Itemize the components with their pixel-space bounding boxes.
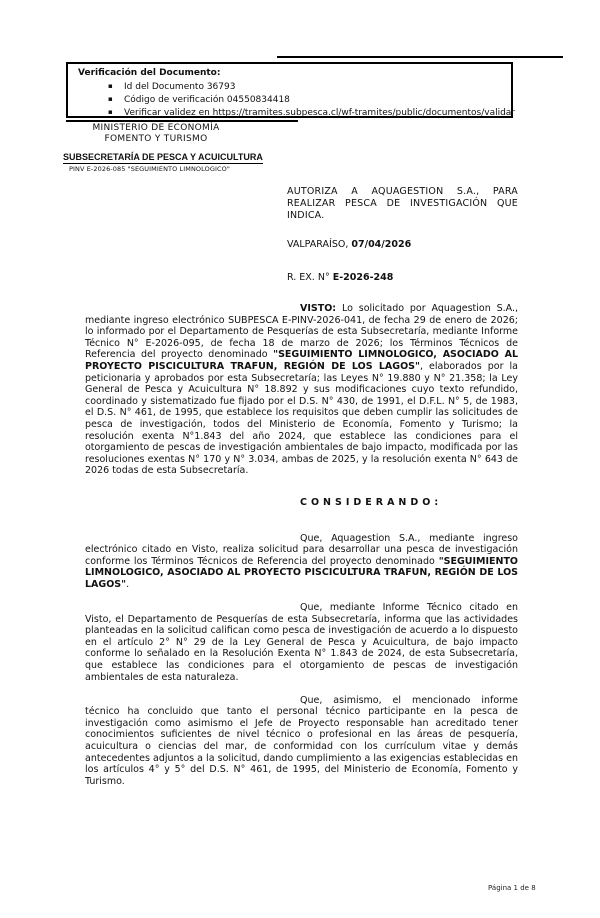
scan-border-artifact-bottom [66,120,298,122]
document-body: VISTO: Lo solicitado por Aquagestion S.A… [85,303,518,799]
verification-title: Verificación del Documento: [78,68,505,79]
verification-code: Código de verificación 04550834418 [124,95,290,105]
page-number: Página 1 de 8 [488,884,536,892]
verification-doc-id: Id del Documento 36793 [124,82,235,92]
place-date-line: VALPARAÍSO, 07/04/2026 [287,239,518,251]
place-label: VALPARAÍSO, [287,239,351,250]
resolution-label: R. EX. N° [287,272,333,283]
considerando-paragraph-1: Que, Aquagestion S.A., mediante ingreso … [85,533,518,591]
visto-paragraph: VISTO: Lo solicitado por Aquagestion S.A… [85,303,518,477]
bullet-icon: ▪ [108,93,124,105]
scan-border-artifact-top [277,56,563,58]
bullet-icon: ▪ [108,106,124,118]
document-title: AUTORIZA A AQUAGESTION S.A., PARA REALIZ… [287,186,518,222]
title-block: AUTORIZA A AQUAGESTION S.A., PARA REALIZ… [287,186,518,284]
letterhead: MINISTERIO DE ECONOMÍA FOMENTO Y TURISMO… [63,123,249,173]
subsecretaria-title: SUBSECRETARÍA DE PESCA Y ACUICULTURA [63,152,263,164]
c1-text-b: . [126,579,129,590]
resolution-line: R. EX. N° E-2026-248 [287,272,518,284]
considerando-paragraph-3: Que, asimismo, el mencionado informe téc… [85,695,518,788]
verification-url: Verificar validez en https://tramites.su… [124,108,515,118]
ministry-line-1: MINISTERIO DE ECONOMÍA [63,123,249,134]
list-item: ▪Verificar validez en https://tramites.s… [108,106,505,119]
document-date: 07/04/2026 [351,239,411,250]
resolution-number: E-2026-248 [333,272,394,283]
list-item: ▪Id del Documento 36793 [108,80,505,93]
visto-text-b: , elaborados por la peticionaria y aprob… [85,361,518,476]
document-page: Verificación del Documento: ▪Id del Docu… [0,0,600,918]
considerando-heading: CONSIDERANDO: [300,497,518,509]
bullet-icon: ▪ [108,80,124,92]
verification-list: ▪Id del Documento 36793 ▪Código de verif… [78,80,505,119]
list-item: ▪Código de verificación 04550834418 [108,93,505,106]
considerando-paragraph-2: Que, mediante Informe Técnico citado en … [85,602,518,683]
project-reference: PINV E-2026-085 "SEGUIMIENTO LIMNOLOGICO… [69,165,249,173]
verification-box: Verificación del Documento: ▪Id del Docu… [66,62,513,118]
ministry-line-2: FOMENTO Y TURISMO [63,134,249,145]
visto-label: VISTO: [300,303,336,314]
